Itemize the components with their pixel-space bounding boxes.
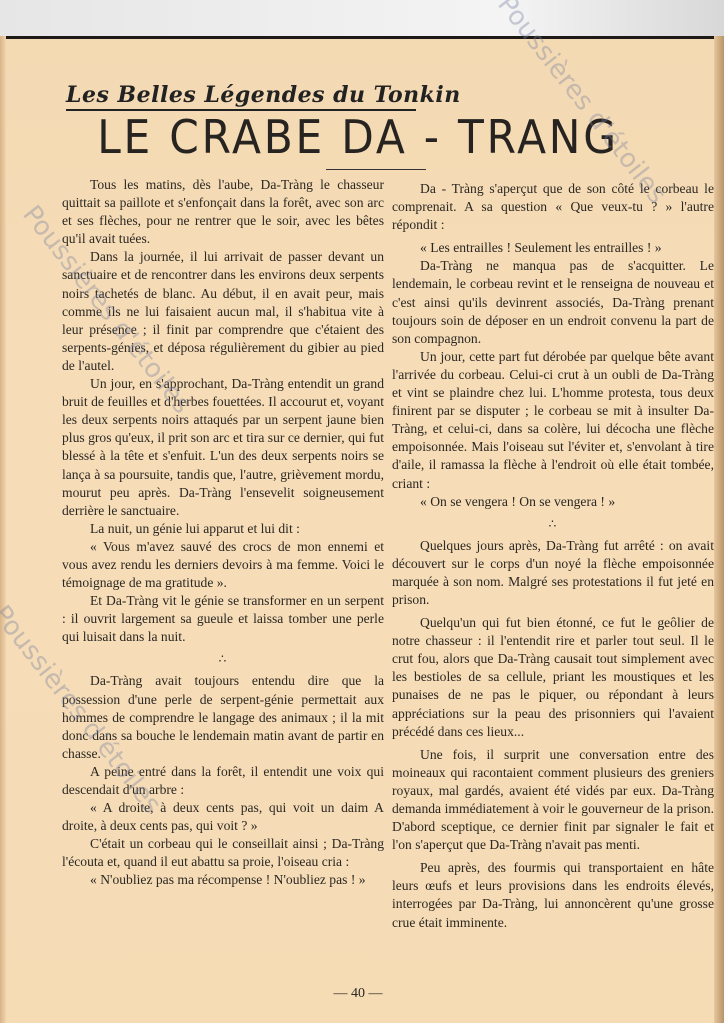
paragraph: Un jour, en s'approchant, Da-Tràng enten… <box>62 375 384 520</box>
title-rule <box>326 169 426 170</box>
paragraph: Une fois, il surprit une conversation en… <box>392 746 714 855</box>
paragraph: C'était un corbeau qui le conseillait ai… <box>62 835 384 871</box>
paragraph: Un jour, cette part fut dérobée par quel… <box>392 348 714 493</box>
scan-background <box>0 0 724 38</box>
right-column: Da - Tràng s'aperçut que de son côté le … <box>392 180 714 932</box>
left-column: Tous les matins, dès l'aube, Da-Tràng le… <box>62 176 384 890</box>
quote-paragraph: « Les entrailles ! Seulement les entrail… <box>392 239 714 257</box>
paragraph: Quelques jours après, Da-Tràng fut arrêt… <box>392 537 714 609</box>
paragraph: Da-Tràng ne manqua pas de s'acquitter. L… <box>392 257 714 347</box>
paragraph: Peu après, des fourmis qui transportaien… <box>392 859 714 931</box>
page-edge-left <box>0 36 6 1023</box>
paragraph: Da-Tràng avait toujours entendu dire que… <box>62 672 384 762</box>
section-separator: ∴ <box>62 652 384 666</box>
section-separator: ∴ <box>392 517 714 531</box>
paragraph: Da - Tràng s'aperçut que de son côté le … <box>392 180 714 234</box>
paragraph: Dans la journée, il lui arrivait de pass… <box>62 248 384 375</box>
paragraph: Quelqu'un qui fut bien étonné, ce fut le… <box>392 614 714 741</box>
article-title: LE CRABE DA - TRANG <box>29 110 688 164</box>
paragraph: Tous les matins, dès l'aube, Da-Tràng le… <box>62 176 384 248</box>
quote-paragraph: « Vous m'avez sauvé des crocs de mon enn… <box>62 538 384 592</box>
quote-paragraph: « N'oubliez pas ma récompense ! N'oublie… <box>62 871 384 889</box>
paragraph: A peine entré dans la forêt, il entendit… <box>62 763 384 799</box>
quote-paragraph: « A droite, à deux cents pas, qui voit u… <box>62 799 384 835</box>
page-number: — 40 — <box>0 986 716 1002</box>
series-heading: Les Belles Légendes du Tonkin <box>66 82 416 111</box>
quote-paragraph: « On se vengera ! On se vengera ! » <box>392 493 714 511</box>
paragraph: Et Da-Tràng vit le génie se transformer … <box>62 592 384 646</box>
paragraph: La nuit, un génie lui apparut et lui dit… <box>62 520 384 538</box>
page-edge-right <box>714 36 724 1023</box>
